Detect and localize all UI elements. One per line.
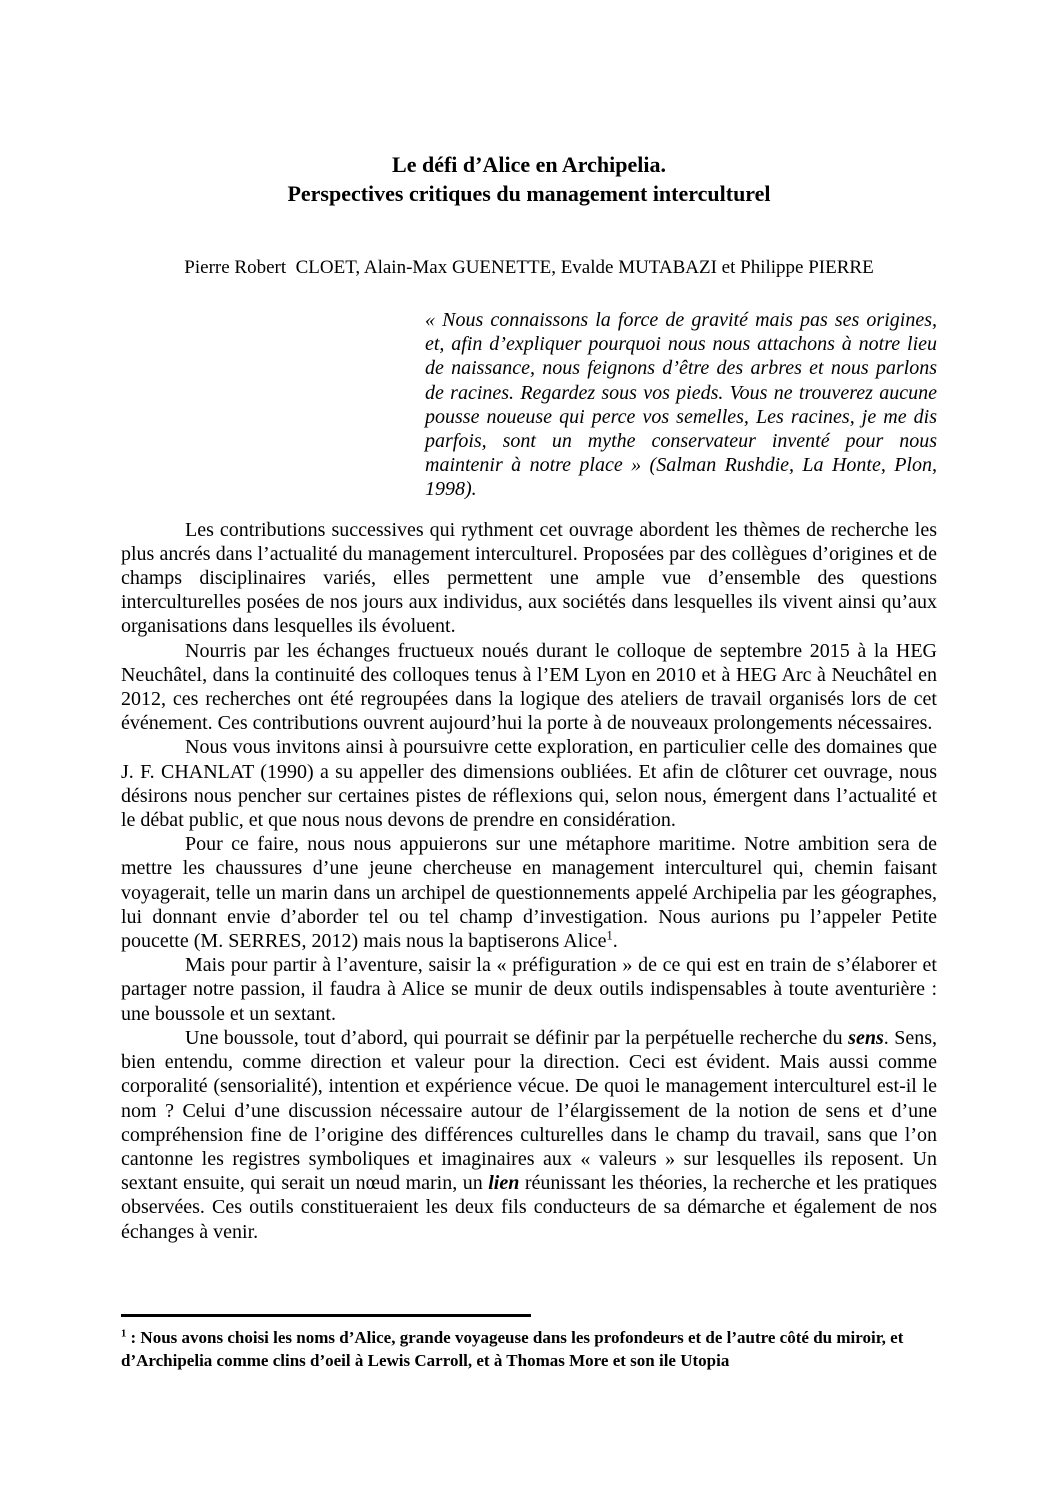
paragraph-6: Une boussole, tout d’abord, qui pourrait… — [121, 1026, 937, 1244]
title-line-2: Perspectives critiques du management int… — [121, 179, 937, 208]
paragraph-6-text-1: Une boussole, tout d’abord, qui pourrait… — [185, 1027, 848, 1049]
epigraph-quote: « Nous connaissons la force de gravité m… — [425, 308, 937, 502]
footnote-1-text: : Nous avons choisi les noms d’Alice, gr… — [121, 1328, 903, 1370]
paragraph-2: Nourris par les échanges fructueux noués… — [121, 639, 937, 736]
footnote-1: 1 : Nous avons choisi les noms d’Alice, … — [121, 1326, 937, 1372]
document-page: Le défi d’Alice en Archipelia. Perspecti… — [0, 0, 1058, 1497]
emphasis-sens: sens — [848, 1027, 884, 1049]
paragraph-4: Pour ce faire, nous nous appuierons sur … — [121, 832, 937, 953]
paragraph-4-period: . — [613, 930, 618, 952]
paragraph-3: Nous vous invitons ainsi à poursuivre ce… — [121, 735, 937, 832]
paragraph-1: Les contributions successives qui rythme… — [121, 518, 937, 639]
paragraph-4-text: Pour ce faire, nous nous appuierons sur … — [121, 833, 937, 952]
authors-line: Pierre Robert CLOET, Alain-Max GUENETTE,… — [121, 257, 937, 279]
footnote-separator-rule — [121, 1314, 531, 1317]
paragraph-6-text-2: . Sens, bien entendu, comme direction et… — [121, 1027, 937, 1194]
title-line-1: Le défi d’Alice en Archipelia. — [121, 150, 937, 179]
emphasis-lien: lien — [488, 1172, 519, 1194]
page-title: Le défi d’Alice en Archipelia. Perspecti… — [121, 150, 937, 208]
paragraph-5: Mais pour partir à l’aventure, saisir la… — [121, 953, 937, 1026]
footnote-section: 1 : Nous avons choisi les noms d’Alice, … — [121, 1314, 937, 1372]
